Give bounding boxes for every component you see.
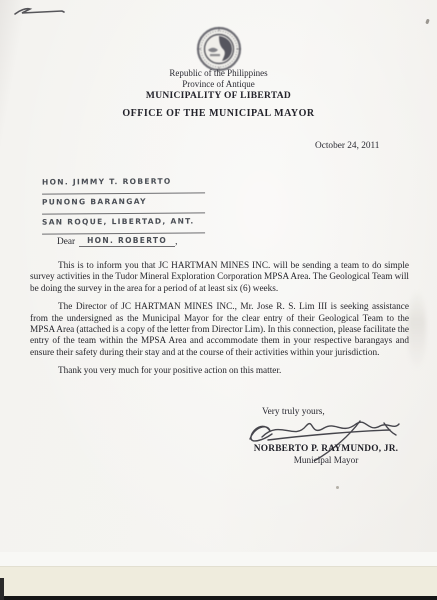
body-paragraph-3: Thank you very much for your positive ac… [30, 366, 409, 377]
letter-date: October 24, 2011 [315, 141, 379, 151]
signatory-title: Municipal Mayor [240, 455, 412, 465]
scanned-letter-page: Republic of the Philippines Province of … [0, 0, 437, 600]
recipient-address-line: SAN ROQUE, LIBERTAD, ANT. [42, 214, 205, 234]
body-paragraph-2: The Director of JC HARTMAN MINES INC., M… [30, 302, 409, 359]
salutation-comma: , [175, 237, 177, 247]
signature-block: NORBERTO P. RAYMUNDO, JR. Municipal Mayo… [240, 444, 412, 465]
scan-speck [336, 486, 339, 489]
scan-bottom-cream-strip [0, 566, 437, 597]
letterhead: Republic of the Philippines Province of … [0, 68, 437, 119]
scan-speck [425, 19, 430, 25]
letterhead-country: Republic of the Philippines [0, 68, 437, 79]
scan-corner-shadow [0, 578, 4, 600]
body-paragraph-1: This is to inform you that JC HARTMAN MI… [30, 261, 409, 295]
letter-body: This is to inform you that JC HARTMAN MI… [30, 261, 409, 378]
signatory-name: NORBERTO P. RAYMUNDO, JR. [240, 444, 412, 454]
letterhead-municipality: MUNICIPALITY OF LIBERTAD [0, 90, 437, 102]
pen-scribble-mark [12, 4, 68, 22]
salutation-prefix: Dear [57, 237, 75, 247]
recipient-title-line: PUNONG BARANGAY [42, 194, 205, 214]
municipal-seal-icon [195, 25, 243, 73]
letterhead-office: OFFICE OF THE MUNICIPAL MAYOR [0, 108, 437, 119]
letterhead-province: Province of Antique [0, 79, 437, 90]
salutation-handwritten-name: HON. ROBERTO [79, 236, 175, 247]
scan-crease-smudge [408, 290, 426, 370]
scan-bottom-edge [0, 596, 437, 600]
scan-bottom-light-band [0, 552, 437, 566]
recipient-address-block: HON. JIMMY T. ROBERTO PUNONG BARANGAY SA… [42, 175, 205, 234]
salutation-line: Dear HON. ROBERTO , [57, 236, 177, 247]
recipient-name-line: HON. JIMMY T. ROBERTO [42, 174, 205, 194]
